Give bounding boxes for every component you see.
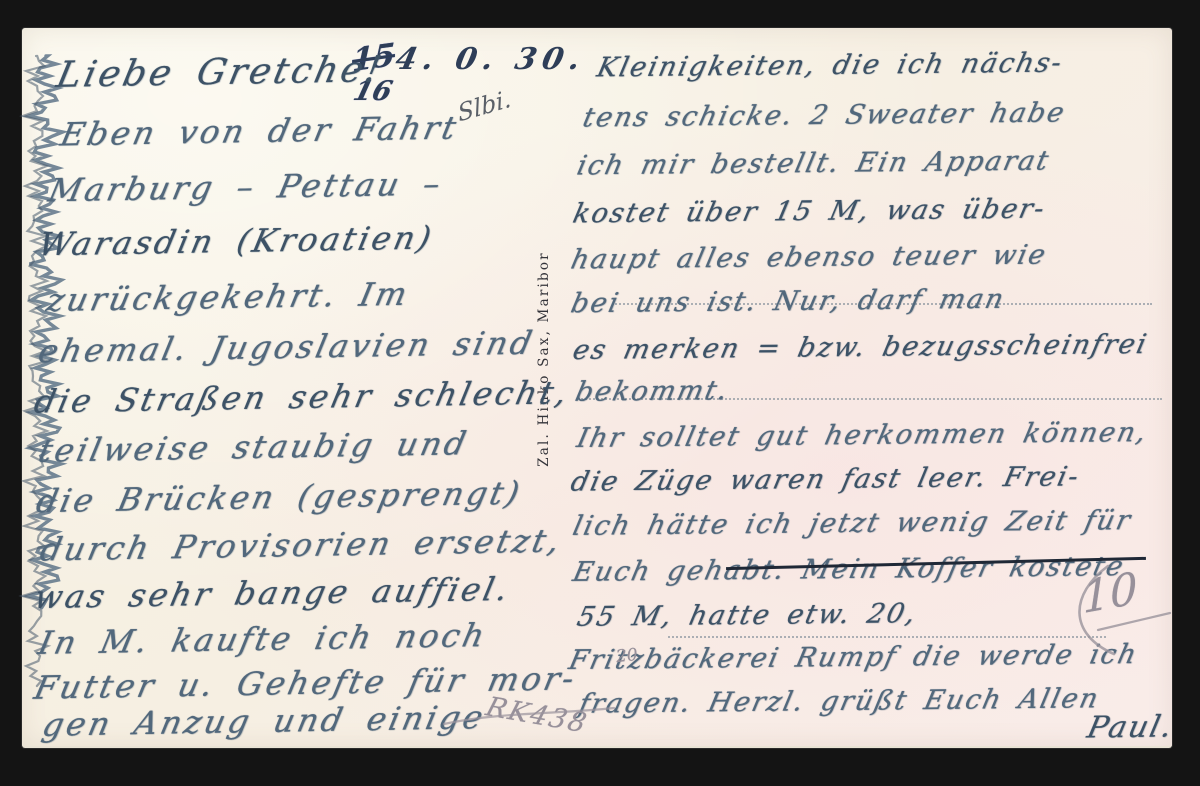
- message-line: zurückgekehrt. Im: [43, 275, 413, 319]
- message-line: lich hätte ich jetzt wenig Zeit für: [570, 505, 1135, 542]
- message-line: die Züge waren fast leer. Frei-: [568, 461, 1083, 497]
- signature: Paul.: [1084, 710, 1177, 746]
- scanner-edge-strip: [0, 766, 1200, 786]
- message-line: haupt alles ebenso teuer wie: [568, 240, 1050, 276]
- message-line: Ihr solltet gut herkommen können,: [574, 417, 1151, 454]
- pencil-underline: [440, 704, 620, 734]
- message-line: es merken = bzw. bezugsscheinfrei: [570, 329, 1151, 366]
- message-line: Liebe Gretche!: [53, 49, 387, 96]
- message-line: 55 M, hatte etw. 20,: [574, 598, 920, 633]
- postcard-scan: 15 4. 0. 30. 16 Slbi. Zal. Hinko Sax, Ma…: [0, 0, 1200, 786]
- message-line: teilweise staubig und: [35, 424, 472, 469]
- message-line: bei uns ist. Nur, darf man: [568, 284, 1008, 320]
- date-text: 4. 0. 30.: [392, 42, 589, 77]
- message-line: Marburg – Pettau –: [45, 165, 447, 210]
- message-line: In M. kaufte ich noch: [35, 616, 491, 662]
- message-line: bekommt.: [572, 375, 732, 408]
- message-line: ich mir bestellt. Ein Apparat: [574, 146, 1053, 182]
- pencil-swoosh: [1040, 556, 1200, 666]
- pencil-inserted-number: 20: [615, 645, 639, 667]
- publisher-imprint: Zal. Hinko Sax, Maribor: [536, 224, 554, 494]
- message-line: Kleinigkeiten, die ich nächs-: [594, 48, 1066, 84]
- message-line: fragen. Herzl. grüßt Euch Allen: [576, 683, 1103, 719]
- message-line: Warasdin (Kroatien): [35, 219, 437, 264]
- message-line: Eben von der Fahrt: [57, 109, 462, 154]
- message-line: kostet über 15 M, was über-: [570, 194, 1049, 230]
- message-line: tens schicke. 2 Sweater habe: [580, 97, 1069, 133]
- message-line: gen Anzug und einige: [39, 698, 489, 744]
